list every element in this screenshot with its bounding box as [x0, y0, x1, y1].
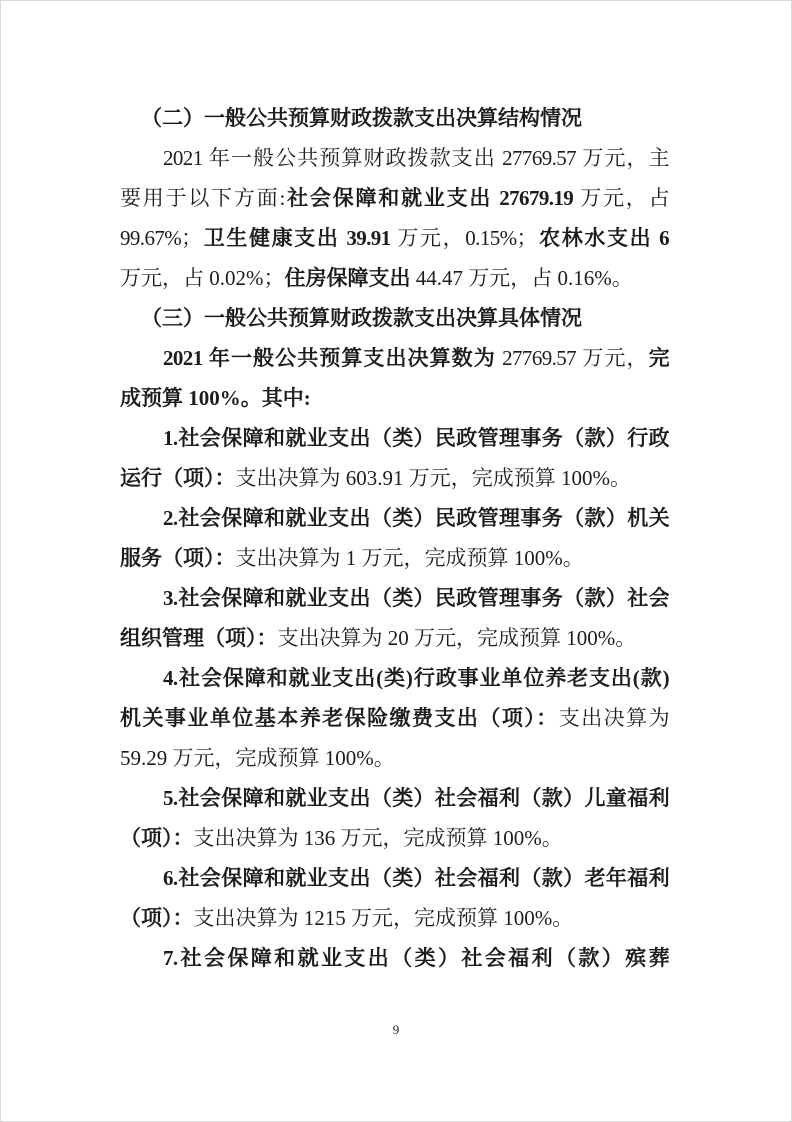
section-heading-2: （二）一般公共预算财政拨款支出决算结构情况: [120, 98, 669, 138]
text-run: 住房保障支出: [285, 266, 411, 290]
text-run: 7.社会保障和就业支出（类）社会福利（款）殡葬（项）:: [120, 946, 669, 978]
body-line: （项）：支出决算为 136 万元，完成预算 100%。: [120, 818, 669, 858]
text-run: 2021 年一般公共预算财政拨款支出 27769.57 万元，主: [163, 146, 669, 170]
text-run: 成预算 100%。其中:: [120, 386, 311, 410]
text-run: 3.社会保障和就业支出（类）民政管理事务（款）社会: [163, 586, 669, 610]
text-run: 万元，占 0.02%；: [120, 266, 285, 290]
body-line: 运行（项）：支出决算为 603.91 万元，完成预算 100%。: [120, 458, 669, 498]
text-run: 支出决算为 20 万元，完成预算 100%。: [278, 626, 637, 650]
text-run: 万元，占: [573, 186, 669, 210]
text-run: 6.社会保障和就业支出（类）社会福利（款）老年福利: [163, 866, 669, 890]
text-run: 2.社会保障和就业支出（类）民政管理事务（款）机关: [163, 506, 669, 530]
body-line: 要用于以下方面:社会保障和就业支出 27679.19 万元，占: [120, 178, 669, 218]
document-page: （二）一般公共预算财政拨款支出决算结构情况 2021 年一般公共预算财政拨款支出…: [0, 0, 792, 1122]
text-run: 支出决算为 1215 万元，完成预算 100%。: [194, 906, 574, 930]
text-run: （项）：: [120, 906, 194, 930]
text-run: 组织管理（项）：: [120, 626, 278, 650]
text-run: 支出决算为 136 万元，完成预算 100%。: [194, 826, 563, 850]
text-run: 支出决算为: [559, 706, 669, 730]
text-run: 社会保障和就业支出 27679.19: [285, 186, 573, 210]
text-run: 支出决算为 603.91 万元，完成预算 100%。: [236, 466, 632, 490]
list-item-2: 2.社会保障和就业支出（类）民政管理事务（款）机关: [120, 498, 669, 538]
text-run: 5.社会保障和就业支出（类）社会福利（款）儿童福利: [163, 786, 669, 810]
body-line: 组织管理（项）：支出决算为 20 万元，完成预算 100%。: [120, 618, 669, 658]
body-line: 万元，占 0.02%；住房保障支出 44.47 万元，占 0.16%。: [120, 258, 669, 298]
body-line: 成预算 100%。其中:: [120, 378, 669, 418]
list-item-3: 3.社会保障和就业支出（类）民政管理事务（款）社会: [120, 578, 669, 618]
list-item-1: 1.社会保障和就业支出（类）民政管理事务（款）行政: [120, 418, 669, 458]
body-line: 2021 年一般公共预算财政拨款支出 27769.57 万元，主: [120, 138, 669, 178]
text-run: （二）一般公共预算财政拨款支出决算结构情况: [141, 106, 582, 130]
body-line: 2021 年一般公共预算支出决算数为 27769.57 万元，完: [120, 338, 669, 378]
body-line: 机关事业单位基本养老保险缴费支出（项）：支出决算为: [120, 698, 669, 738]
list-item-6: 6.社会保障和就业支出（类）社会福利（款）老年福利: [120, 858, 669, 898]
list-item-7: 7.社会保障和就业支出（类）社会福利（款）殡葬（项）:: [120, 938, 669, 978]
body-line: 59.29 万元，完成预算 100%。: [120, 738, 669, 778]
text-run: 2021 年一般公共预算支出决算数为: [163, 346, 496, 370]
text-run: 59.29 万元，完成预算 100%。: [120, 746, 395, 770]
body-line: 99.67%；卫生健康支出 39.91 万元，0.15%；农林水支出 6: [120, 218, 669, 258]
text-run: 完: [649, 346, 669, 370]
text-run: 要用于以下方面:: [120, 186, 285, 210]
text-run: 1.社会保障和就业支出（类）民政管理事务（款）行政: [163, 426, 669, 450]
text-run: 农林水支出 6: [537, 226, 669, 250]
list-item-5: 5.社会保障和就业支出（类）社会福利（款）儿童福利: [120, 778, 669, 818]
text-run: （三）一般公共预算财政拨款支出决算具体情况: [141, 306, 582, 330]
text-run: 运行（项）：: [120, 466, 236, 490]
page-content: （二）一般公共预算财政拨款支出决算结构情况 2021 年一般公共预算财政拨款支出…: [120, 98, 669, 978]
body-line: 服务（项）：支出决算为 1 万元，完成预算 100%。: [120, 538, 669, 578]
text-run: 万元，0.15%；: [391, 226, 537, 250]
text-run: 服务（项）：: [120, 546, 236, 570]
text-run: （项）：: [120, 826, 194, 850]
text-run: 4.社会保障和就业支出(类)行政事业单位养老支出(款): [163, 666, 669, 690]
list-item-4: 4.社会保障和就业支出(类)行政事业单位养老支出(款): [120, 658, 669, 698]
text-run: 44.47 万元，占 0.16%。: [411, 266, 633, 290]
text-run: 卫生健康支出 39.91: [202, 226, 391, 250]
text-run: 机关事业单位基本养老保险缴费支出（项）：: [120, 706, 559, 730]
text-run: 支出决算为 1 万元，完成预算 100%。: [236, 546, 584, 570]
page-number: 9: [1, 1020, 791, 1040]
text-run: 27769.57 万元，: [496, 346, 649, 370]
body-line: （项）：支出决算为 1215 万元，完成预算 100%。: [120, 898, 669, 938]
text-run: 99.67%；: [120, 226, 202, 250]
section-heading-3: （三）一般公共预算财政拨款支出决算具体情况: [120, 298, 669, 338]
